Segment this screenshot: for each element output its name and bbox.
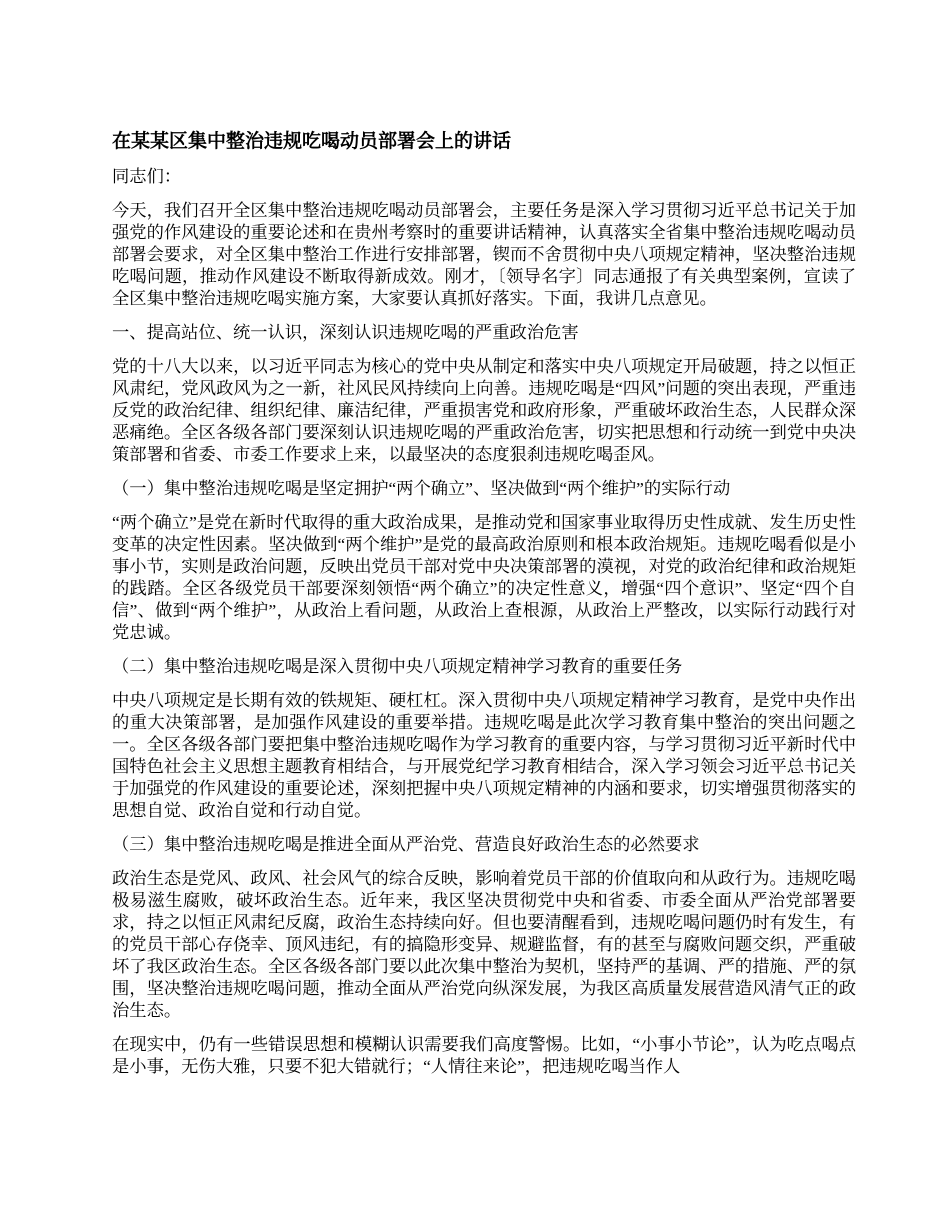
intro-paragraph: 今天，我们召开全区集中整治违规吃喝动员部署会，主要任务是深入学习贯彻习近平总书记… bbox=[112, 200, 856, 310]
subsection-1-body: “两个确立”是党在新时代取得的重大政治成果，是推动党和国家事业取得历史性成就、发… bbox=[112, 512, 856, 644]
subsection-1-heading: （一）集中整治违规吃喝是坚定拥护“两个确立”、坚决做到“两个维护”的实际行动 bbox=[112, 478, 856, 500]
document-title: 在某某区集中整治违规吃喝动员部署会上的讲话 bbox=[112, 130, 856, 154]
subsection-2-body: 中央八项规定是长期有效的铁规矩、硬杠杠。深入贯彻中央八项规定精神学习教育，是党中… bbox=[112, 690, 856, 822]
subsection-3-heading: （三）集中整治违规吃喝是推进全面从严治党、营造良好政治生态的必然要求 bbox=[112, 834, 856, 856]
salutation: 同志们： bbox=[112, 166, 856, 188]
section-1-heading: 一、提高站位、统一认识，深刻认识违规吃喝的严重政治危害 bbox=[112, 322, 856, 344]
document-page: 在某某区集中整治违规吃喝动员部署会上的讲话 同志们： 今天，我们召开全区集中整治… bbox=[0, 0, 950, 1230]
subsection-2-heading: （二）集中整治违规吃喝是深入贯彻中央八项规定精神学习教育的重要任务 bbox=[112, 656, 856, 678]
closing-paragraph: 在现实中，仍有一些错误思想和模糊认识需要我们高度警惕。比如，“小事小节论”，认为… bbox=[112, 1034, 856, 1078]
subsection-3-body: 政治生态是党风、政风、社会风气的综合反映，影响着党员干部的价值取向和从政行为。违… bbox=[112, 868, 856, 1022]
section-1-body: 党的十八大以来，以习近平同志为核心的党中央从制定和落实中央八项规定开局破题，持之… bbox=[112, 356, 856, 466]
